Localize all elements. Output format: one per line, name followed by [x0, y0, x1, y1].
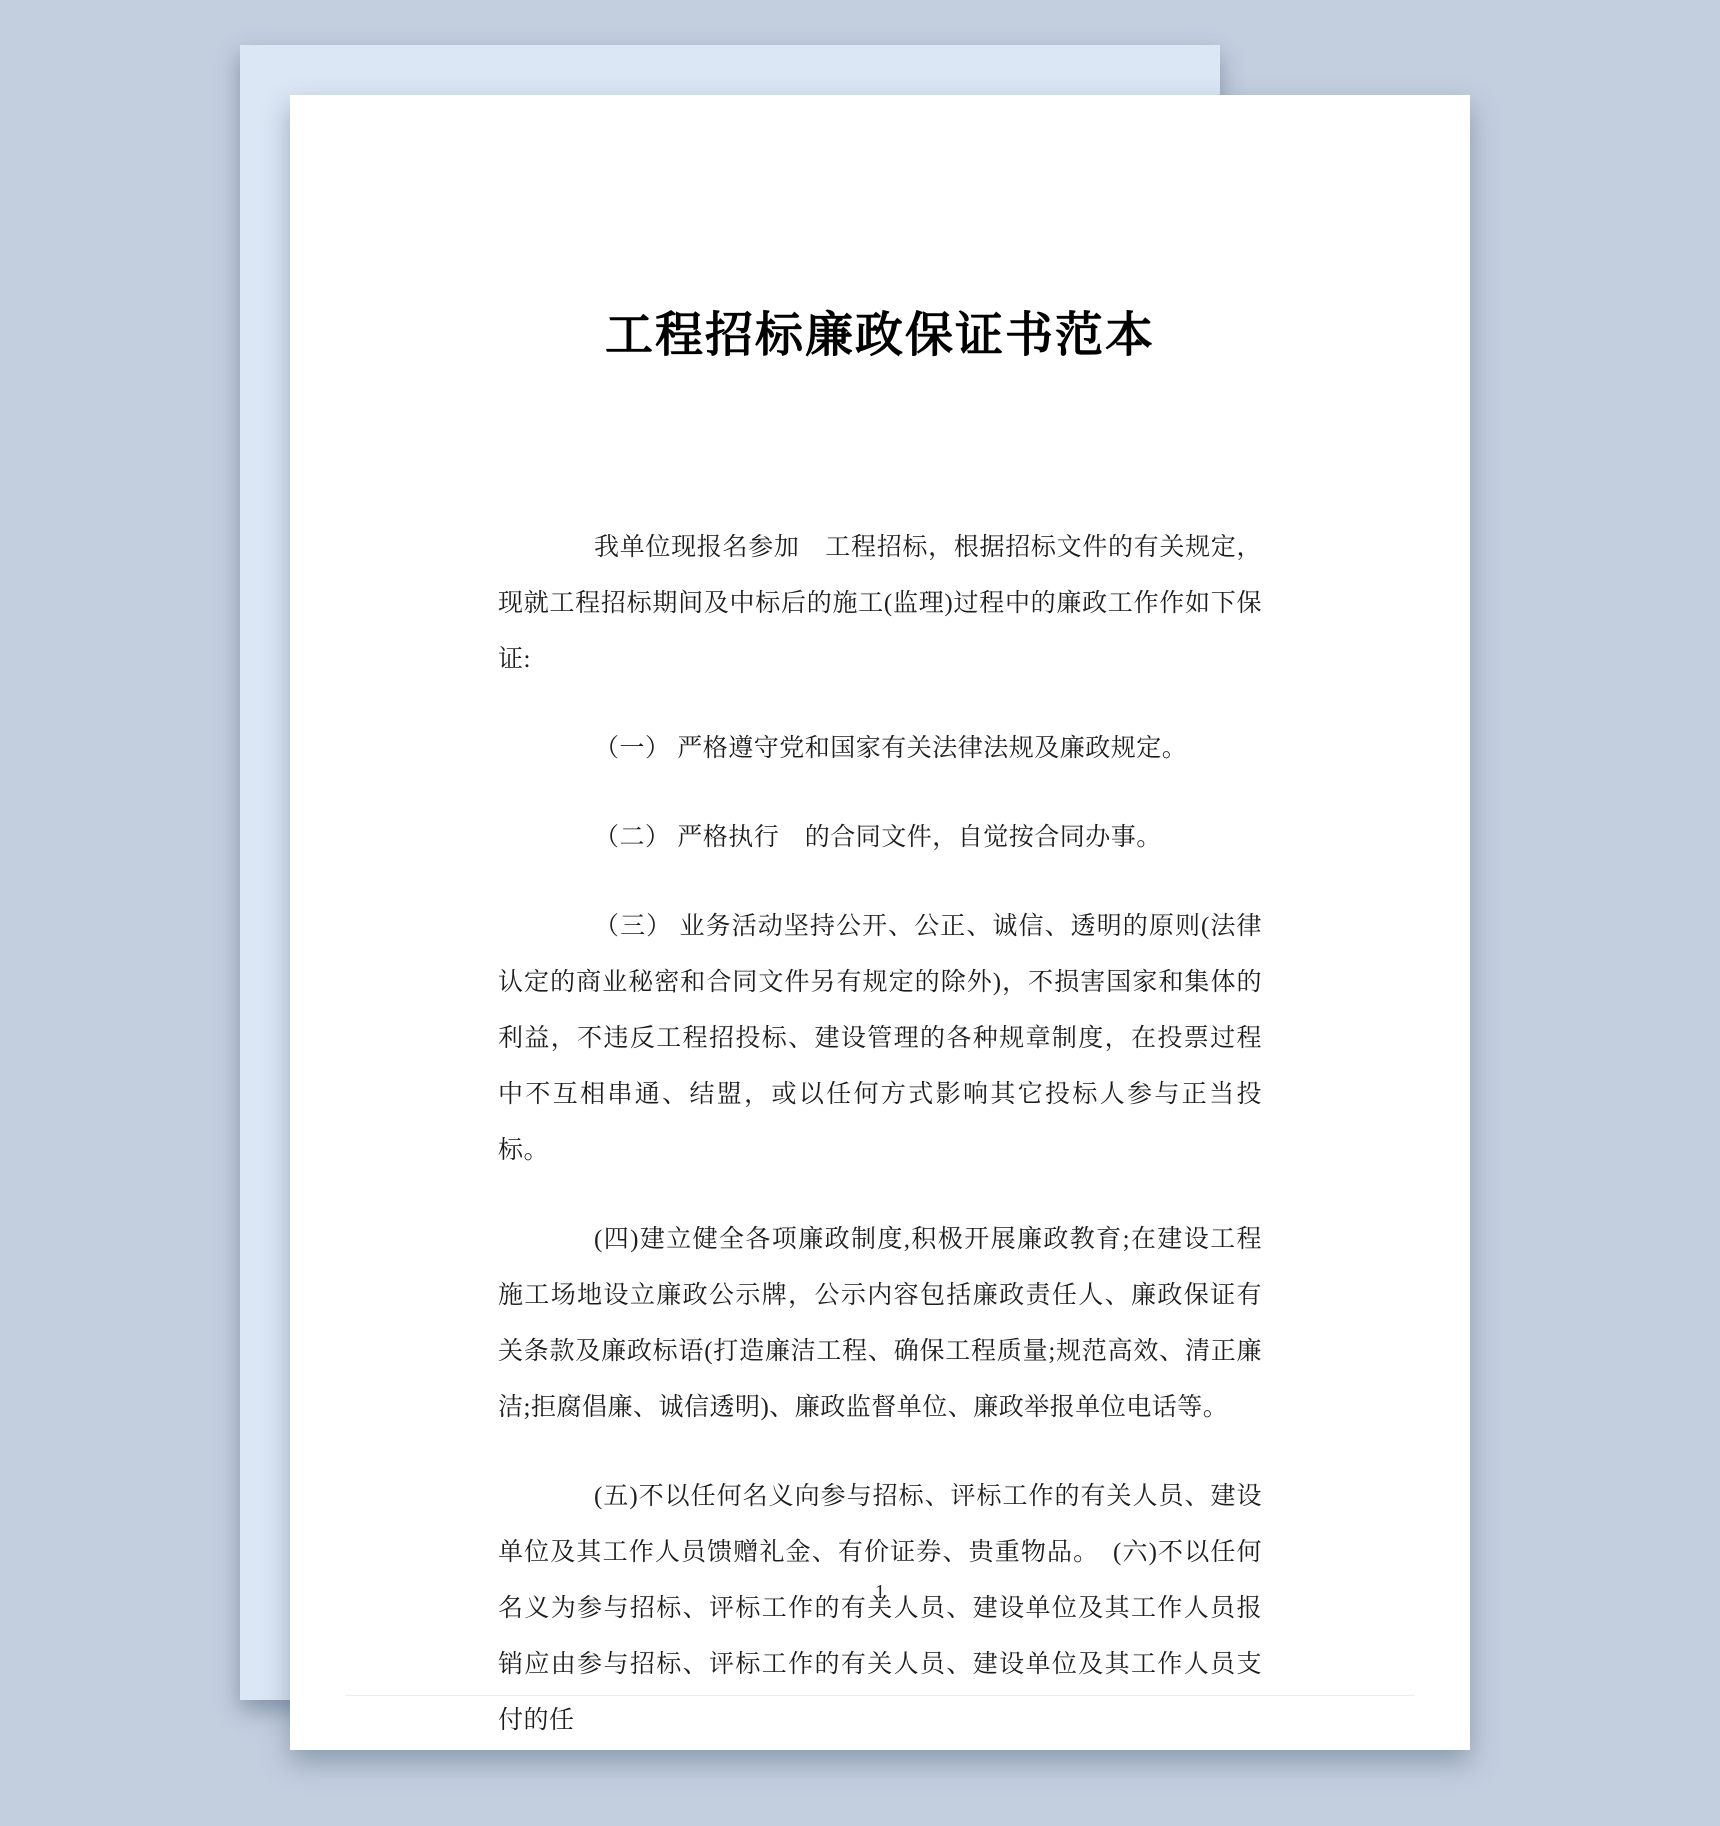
- page-number: 1: [290, 1580, 1470, 1604]
- paragraph-intro: 我单位现报名参加 工程招标，根据招标文件的有关规定，现就工程招标期间及中标后的施…: [498, 520, 1262, 688]
- paragraph-item-5-6: (五)不以任何名义向参与招标、评标工作的有关人员、建设单位及其工作人员馈赠礼金、…: [498, 1469, 1262, 1749]
- paragraph-item-1: （一） 严格遵守党和国家有关法律法规及廉政规定。: [498, 721, 1262, 777]
- paragraph-item-4: (四)建立健全各项廉政制度,积极开展廉政教育;在建设工程施工场地设立廉政公示牌，…: [498, 1212, 1262, 1436]
- bottom-margin-guide: [345, 1695, 1415, 1696]
- document-title: 工程招标廉政保证书范本: [290, 307, 1470, 365]
- paragraph-item-3: （三） 业务活动坚持公开、公正、诚信、透明的原则(法律认定的商业秘密和合同文件另…: [498, 899, 1262, 1179]
- paragraph-item-2: （二） 严格执行 的合同文件，自觉按合同办事。: [498, 810, 1262, 866]
- document-page: 工程招标廉政保证书范本 我单位现报名参加 工程招标，根据招标文件的有关规定，现就…: [290, 95, 1470, 1750]
- preview-background: 工程招标廉政保证书范本 我单位现报名参加 工程招标，根据招标文件的有关规定，现就…: [0, 0, 1720, 1826]
